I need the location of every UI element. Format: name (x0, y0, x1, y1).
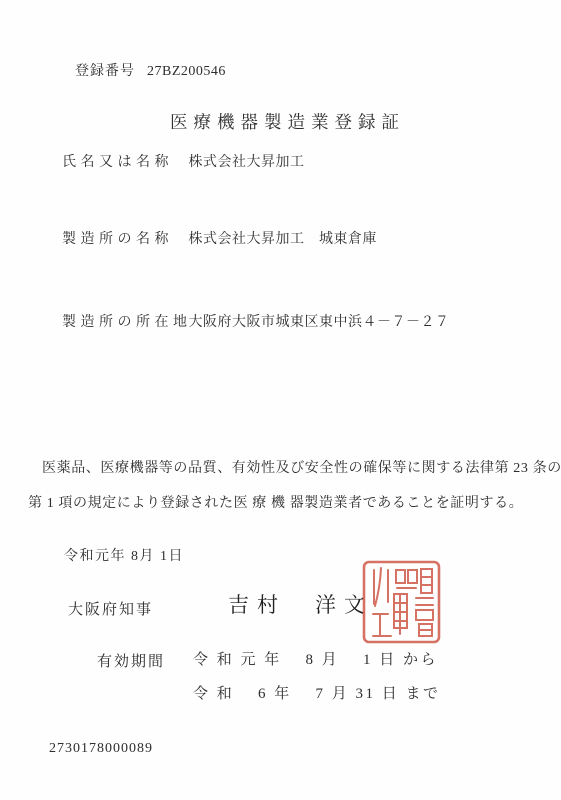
field-row-factory-name: 製 造 所 の 名 称 株式会社大昇加工 城東倉庫 (62, 228, 377, 248)
certificate-page: 登録番号27BZ200546 医療機器製造業登録証 氏 名 又 は 名 称 株式… (0, 0, 561, 800)
registration-number-label: 登録番号 (75, 64, 135, 79)
certificate-title: 医療機器製造業登録証 (0, 109, 561, 134)
field-value-factory-address: 大阪府大阪市城東区東中浜４－７－２７ (189, 315, 450, 330)
issue-date: 令和元年 8月 1日 (64, 545, 184, 565)
validity-from: 令 和 元 年 8 月 1 日 から (193, 648, 438, 669)
field-value-factory-name: 株式会社大昇加工 城東倉庫 (189, 232, 378, 247)
document-number: 2730178000089 (49, 741, 153, 757)
governor-seal-icon (361, 558, 443, 646)
body-paragraph-line-2: 第 1 項の規定により登録された医 療 機 器製造業者であることを証明する。 (28, 492, 523, 512)
registration-number-line: 登録番号27BZ200546 (75, 60, 226, 80)
field-value-name: 株式会社大昇加工 (189, 155, 305, 170)
field-row-factory-address: 製 造 所 の 所 在 地 大阪府大阪市城東区東中浜４－７－２７ (62, 311, 450, 331)
field-label-factory-name: 製 造 所 の 名 称 (62, 228, 185, 248)
registration-number: 27BZ200546 (147, 64, 226, 79)
field-label-factory-address: 製 造 所 の 所 在 地 (62, 311, 185, 331)
validity-to: 令 和 6 年 7 月 31 日 まで (193, 682, 441, 703)
field-row-name: 氏 名 又 は 名 称 株式会社大昇加工 (62, 151, 305, 171)
body-paragraph-line-1: 医薬品、医療機器等の品質、有効性及び安全性の確保等に関する法律第 23 条の 2… (42, 457, 561, 477)
validity-label: 有効期間 (97, 650, 165, 671)
field-label-name: 氏 名 又 は 名 称 (62, 151, 185, 171)
issuer-title: 大阪府知事 (68, 598, 153, 619)
issuer-name: 吉村 洋文 (228, 589, 373, 619)
